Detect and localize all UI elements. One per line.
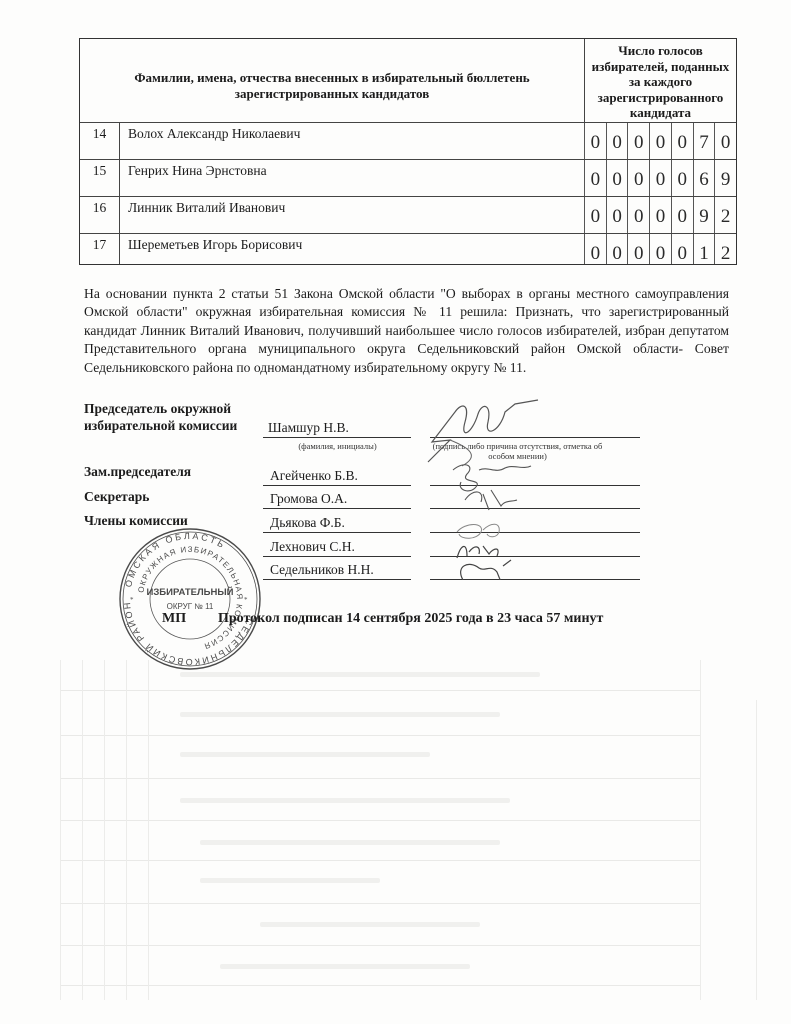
name-line [263, 508, 411, 509]
svg-text:*: * [244, 596, 248, 604]
name-caption: (фамилия, инициалы) [270, 441, 405, 451]
secretary-role-label: Секретарь [84, 488, 149, 505]
candidate-name: Генрих Нина Эрнстовна [128, 163, 267, 179]
vote-digit: 2 [714, 197, 736, 233]
chair-role-label: Председатель окружной избирательной коми… [84, 400, 259, 434]
deputy-role-label: Зам.председателя [84, 463, 191, 480]
vote-digit: 0 [671, 197, 693, 233]
reverse-side-bleed-through [60, 660, 760, 1000]
member-name: Дьякова Ф.Б. [270, 515, 345, 531]
vote-count-cells: 0 0 0 0 0 6 9 [584, 160, 736, 196]
candidate-name: Линник Виталий Иванович [128, 200, 285, 216]
candidate-number: 14 [80, 123, 120, 159]
vote-digit: 0 [606, 234, 628, 264]
deputy-name: Агейченко Б.В. [270, 468, 358, 484]
vote-digit: 0 [714, 123, 736, 159]
header-vote-count: Число голосов избирателей, поданных за к… [584, 39, 736, 122]
member-signatures-icon [445, 460, 535, 580]
vote-count-cells: 0 0 0 0 0 1 2 [584, 234, 736, 264]
vote-digit: 0 [649, 160, 671, 196]
candidate-name: Шереметьев Игорь Борисович [128, 237, 302, 253]
page-edge-shadow [756, 700, 757, 1000]
vote-digit: 9 [714, 160, 736, 196]
table-row: 15 Генрих Нина Эрнстовна 0 0 0 0 0 6 9 [80, 159, 736, 196]
vote-digit: 0 [584, 197, 606, 233]
candidate-number: 16 [80, 197, 120, 233]
seal-place-label: МП [162, 611, 186, 627]
vote-digit: 0 [671, 160, 693, 196]
vote-digit: 0 [606, 123, 628, 159]
name-line [263, 556, 411, 557]
vote-digit: 6 [693, 160, 715, 196]
vote-digit: 1 [693, 234, 715, 264]
vote-digit: 0 [671, 123, 693, 159]
vote-digit: 0 [606, 197, 628, 233]
name-line [263, 532, 411, 533]
vote-digit: 0 [627, 197, 649, 233]
stamp-center-line2: ОКРУГ № 11 [167, 602, 214, 611]
vote-count-cells: 0 0 0 0 0 7 0 [584, 123, 736, 159]
vote-digit: 2 [714, 234, 736, 264]
protocol-signed-timestamp: Протокол подписан 14 сентября 2025 года … [218, 611, 603, 627]
name-line [263, 579, 411, 580]
candidates-vote-table: Фамилии, имена, отчества внесенных в изб… [79, 38, 737, 265]
vote-digit: 0 [627, 123, 649, 159]
vote-count-cells: 0 0 0 0 0 9 2 [584, 197, 736, 233]
vote-digit: 0 [649, 197, 671, 233]
chair-name-line [263, 437, 411, 438]
vote-digit: 0 [584, 160, 606, 196]
vote-digit: 0 [627, 160, 649, 196]
chair-name: Шамшур Н.В. [268, 420, 349, 436]
official-stamp-icon: ОМСКАЯ ОБЛАСТЬ СЕДЕЛЬНИКОВСКИЙ РАЙОН ОКР… [118, 527, 262, 671]
vote-digit: 0 [671, 234, 693, 264]
vote-digit: 0 [584, 123, 606, 159]
candidate-name: Волох Александр Николаевич [128, 126, 300, 142]
vote-digit: 0 [649, 123, 671, 159]
header-candidate-names: Фамилии, имена, отчества внесенных в изб… [80, 39, 584, 122]
name-line [263, 485, 411, 486]
table-row: 14 Волох Александр Николаевич 0 0 0 0 0 … [80, 122, 736, 159]
vote-digit: 0 [649, 234, 671, 264]
vote-digit: 9 [693, 197, 715, 233]
candidate-number: 15 [80, 160, 120, 196]
member-name: Лехнович С.Н. [270, 539, 355, 555]
table-row: 16 Линник Виталий Иванович 0 0 0 0 0 9 2 [80, 196, 736, 233]
commission-decision-text: На основании пункта 2 статьи 51 Закона О… [84, 285, 729, 377]
stamp-center-line1: ИЗБИРАТЕЛЬНЫЙ [147, 586, 234, 598]
vote-digit: 0 [584, 234, 606, 264]
vote-digit: 7 [693, 123, 715, 159]
vote-digit: 0 [627, 234, 649, 264]
secretary-name: Громова О.А. [270, 491, 347, 507]
candidate-number: 17 [80, 234, 120, 264]
table-row: 17 Шереметьев Игорь Борисович 0 0 0 0 0 … [80, 233, 736, 264]
member-name: Седельников Н.Н. [270, 562, 374, 578]
svg-text:*: * [130, 596, 134, 604]
vote-digit: 0 [606, 160, 628, 196]
